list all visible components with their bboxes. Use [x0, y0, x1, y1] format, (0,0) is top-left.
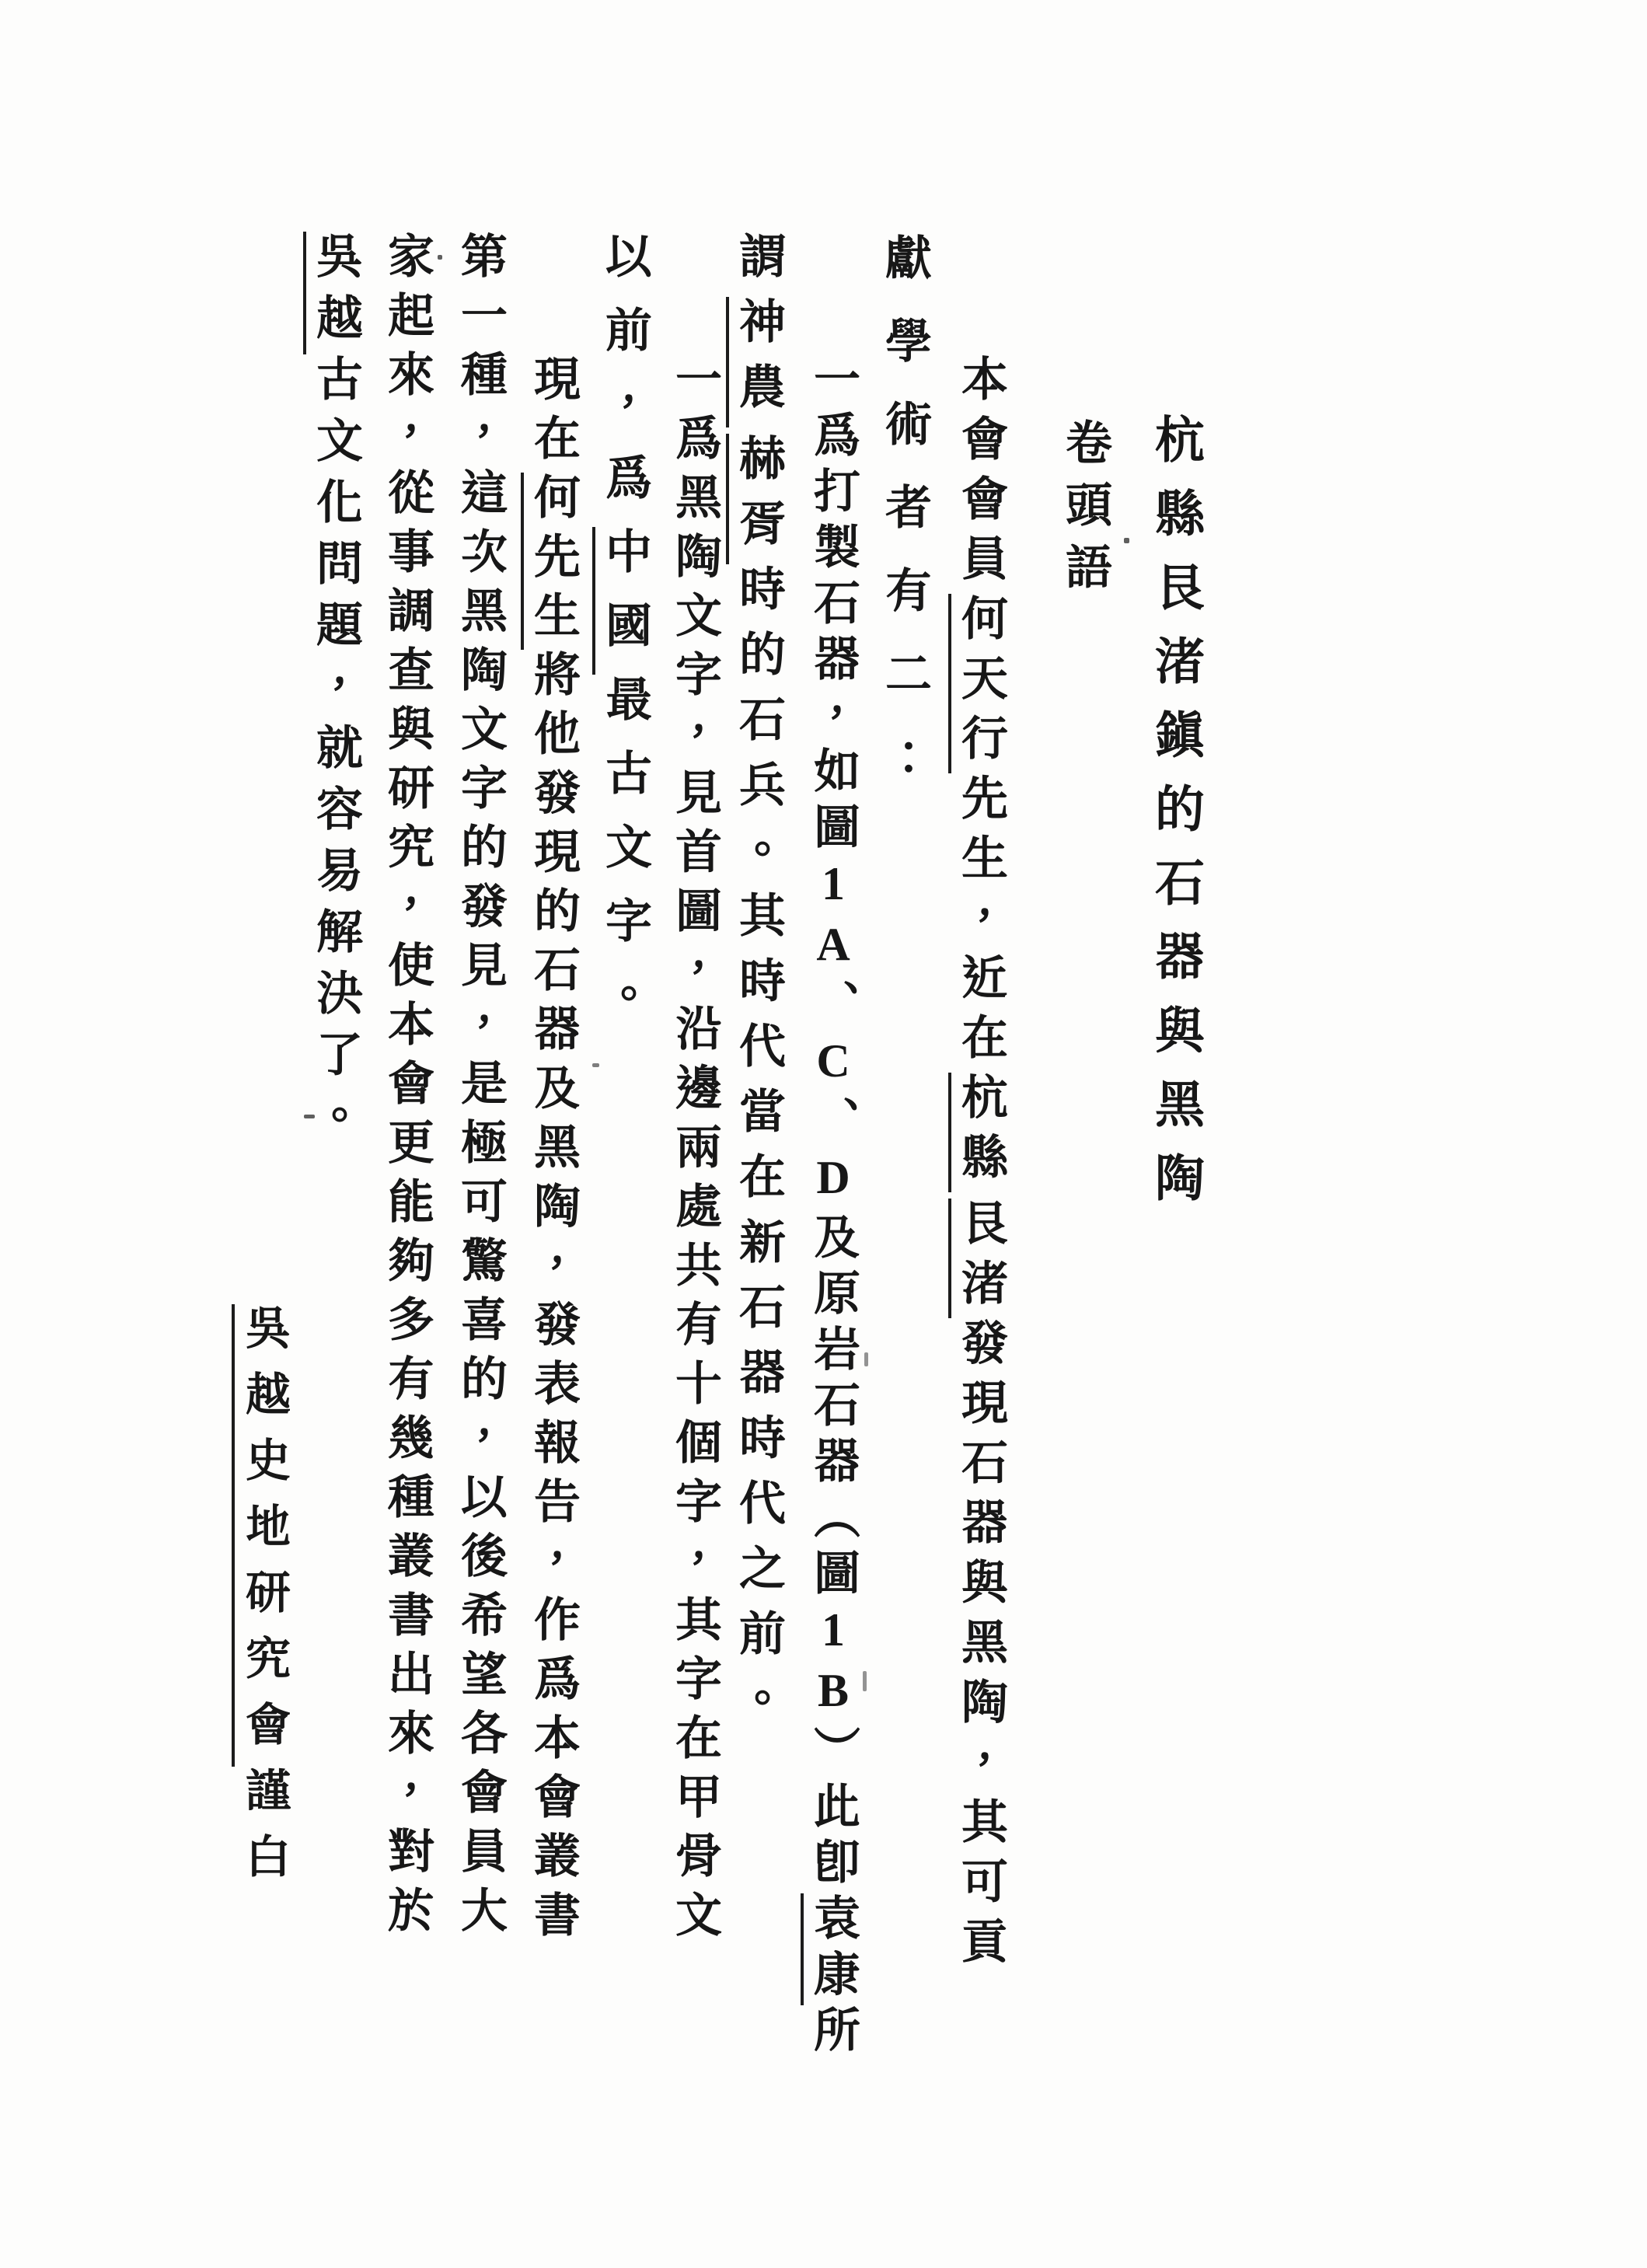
body-column-2: 獻學術者有二：: [881, 233, 928, 815]
body-column-10: 吳越古文化問題，就容易解決了。: [312, 232, 359, 1153]
body-column-6: 以前，爲中國最古文字。: [602, 232, 648, 1044]
text-run: 謹白: [239, 1767, 289, 1899]
text-run: 卷頭語: [1059, 418, 1111, 605]
text-run: 所: [808, 2005, 859, 2061]
text-run: 發現石器與黑陶，其可貢: [955, 1318, 1007, 1977]
proper-name-marked-text: 吳越史地研究會: [232, 1304, 289, 1767]
text-run: 以前，爲: [599, 232, 651, 527]
body-column-8: 第一種，這次黑陶文字的發見，是極可驚喜的，以後希望各會員大: [457, 232, 504, 1945]
signature-column: 吳越史地研究會謹白: [241, 1304, 286, 1899]
scan-speck: [438, 255, 442, 260]
proper-name-marked-text: 何天行: [948, 594, 1007, 773]
proper-name-marked-text: 何先生: [521, 473, 579, 650]
text-run: 謂: [733, 232, 784, 297]
scan-speck: [592, 1063, 599, 1067]
text-run: 時的石兵。其時代當在新石器時代之前。: [733, 564, 784, 1739]
body-column-5: 一爲黑陶文字，見首圖，沿邊兩處共有十個字，其字在甲骨文: [672, 354, 718, 1949]
proper-name-marked-text: 中國: [592, 527, 651, 675]
proper-name-marked-text: 艮渚: [948, 1199, 1007, 1318]
scan-speck: [1124, 538, 1129, 543]
proper-name-marked-text: 吳越: [303, 232, 361, 354]
scan-speck: [864, 1352, 868, 1366]
body-column-1: 本會會員何天行先生，近在杭縣艮渚發現石器與黑陶，其可貢: [958, 354, 1004, 1977]
scan-speck: [863, 1671, 867, 1691]
text-run: 家起來，從事調查與研究，使本會更能夠多有幾種叢書出來，對於: [382, 232, 433, 1945]
text-run: 本會會員: [955, 354, 1007, 594]
text-run: 最古文字。: [599, 675, 651, 1044]
text-run: 第一種，這次黑陶文字的發見，是極可驚喜的，以後希望各會員大: [455, 232, 506, 1945]
text-run: 先生，近在: [955, 773, 1007, 1073]
body-column-7: 現在何先生將他發現的石器及黑陶，發表報告，作爲本會叢書: [530, 354, 577, 1949]
text-run: 古文化問題，就容易解決了。: [310, 354, 361, 1153]
text-run: 獻學術者有二：: [879, 233, 930, 815]
page-title: 杭縣艮渚鎭的石器與黑陶: [1150, 413, 1200, 1226]
proper-name-marked-text: 杭縣: [948, 1073, 1007, 1192]
body-column-3: 一爲打製石器，如圖1A、C、D及原岩石器︵圖1B︶此卽袁康所: [810, 354, 857, 2061]
text-run: 杭縣艮渚鎭的石器與黑陶: [1148, 413, 1203, 1226]
proper-name-marked-text: 神農: [726, 297, 784, 427]
text-run: 現在: [528, 354, 579, 473]
scan-speck: [304, 1115, 315, 1118]
document-page: 杭縣艮渚鎭的石器與黑陶 卷頭語 本會會員何天行先生，近在杭縣艮渚發現石器與黑陶，…: [0, 0, 1647, 2268]
body-column-4: 謂神農赫胥時的石兵。其時代當在新石器時代之前。: [735, 232, 782, 1739]
body-column-9: 家起來，從事調查與研究，使本會更能夠多有幾種叢書出來，對於: [384, 232, 431, 1945]
text-run: 一爲黑陶文字，見首圖，沿邊兩處共有十個字，其字在甲骨文: [669, 354, 721, 1949]
text-run: 一爲打製石器，如圖1A、C、D及原岩石器︵圖1B︶此卽: [808, 354, 859, 1893]
section-heading: 卷頭語: [1062, 418, 1108, 605]
text-run: 將他發現的石器及黑陶，發表報告，作爲本會叢書: [528, 650, 579, 1949]
proper-name-marked-text: 赫胥: [726, 434, 784, 564]
proper-name-marked-text: 袁康: [801, 1893, 859, 2005]
